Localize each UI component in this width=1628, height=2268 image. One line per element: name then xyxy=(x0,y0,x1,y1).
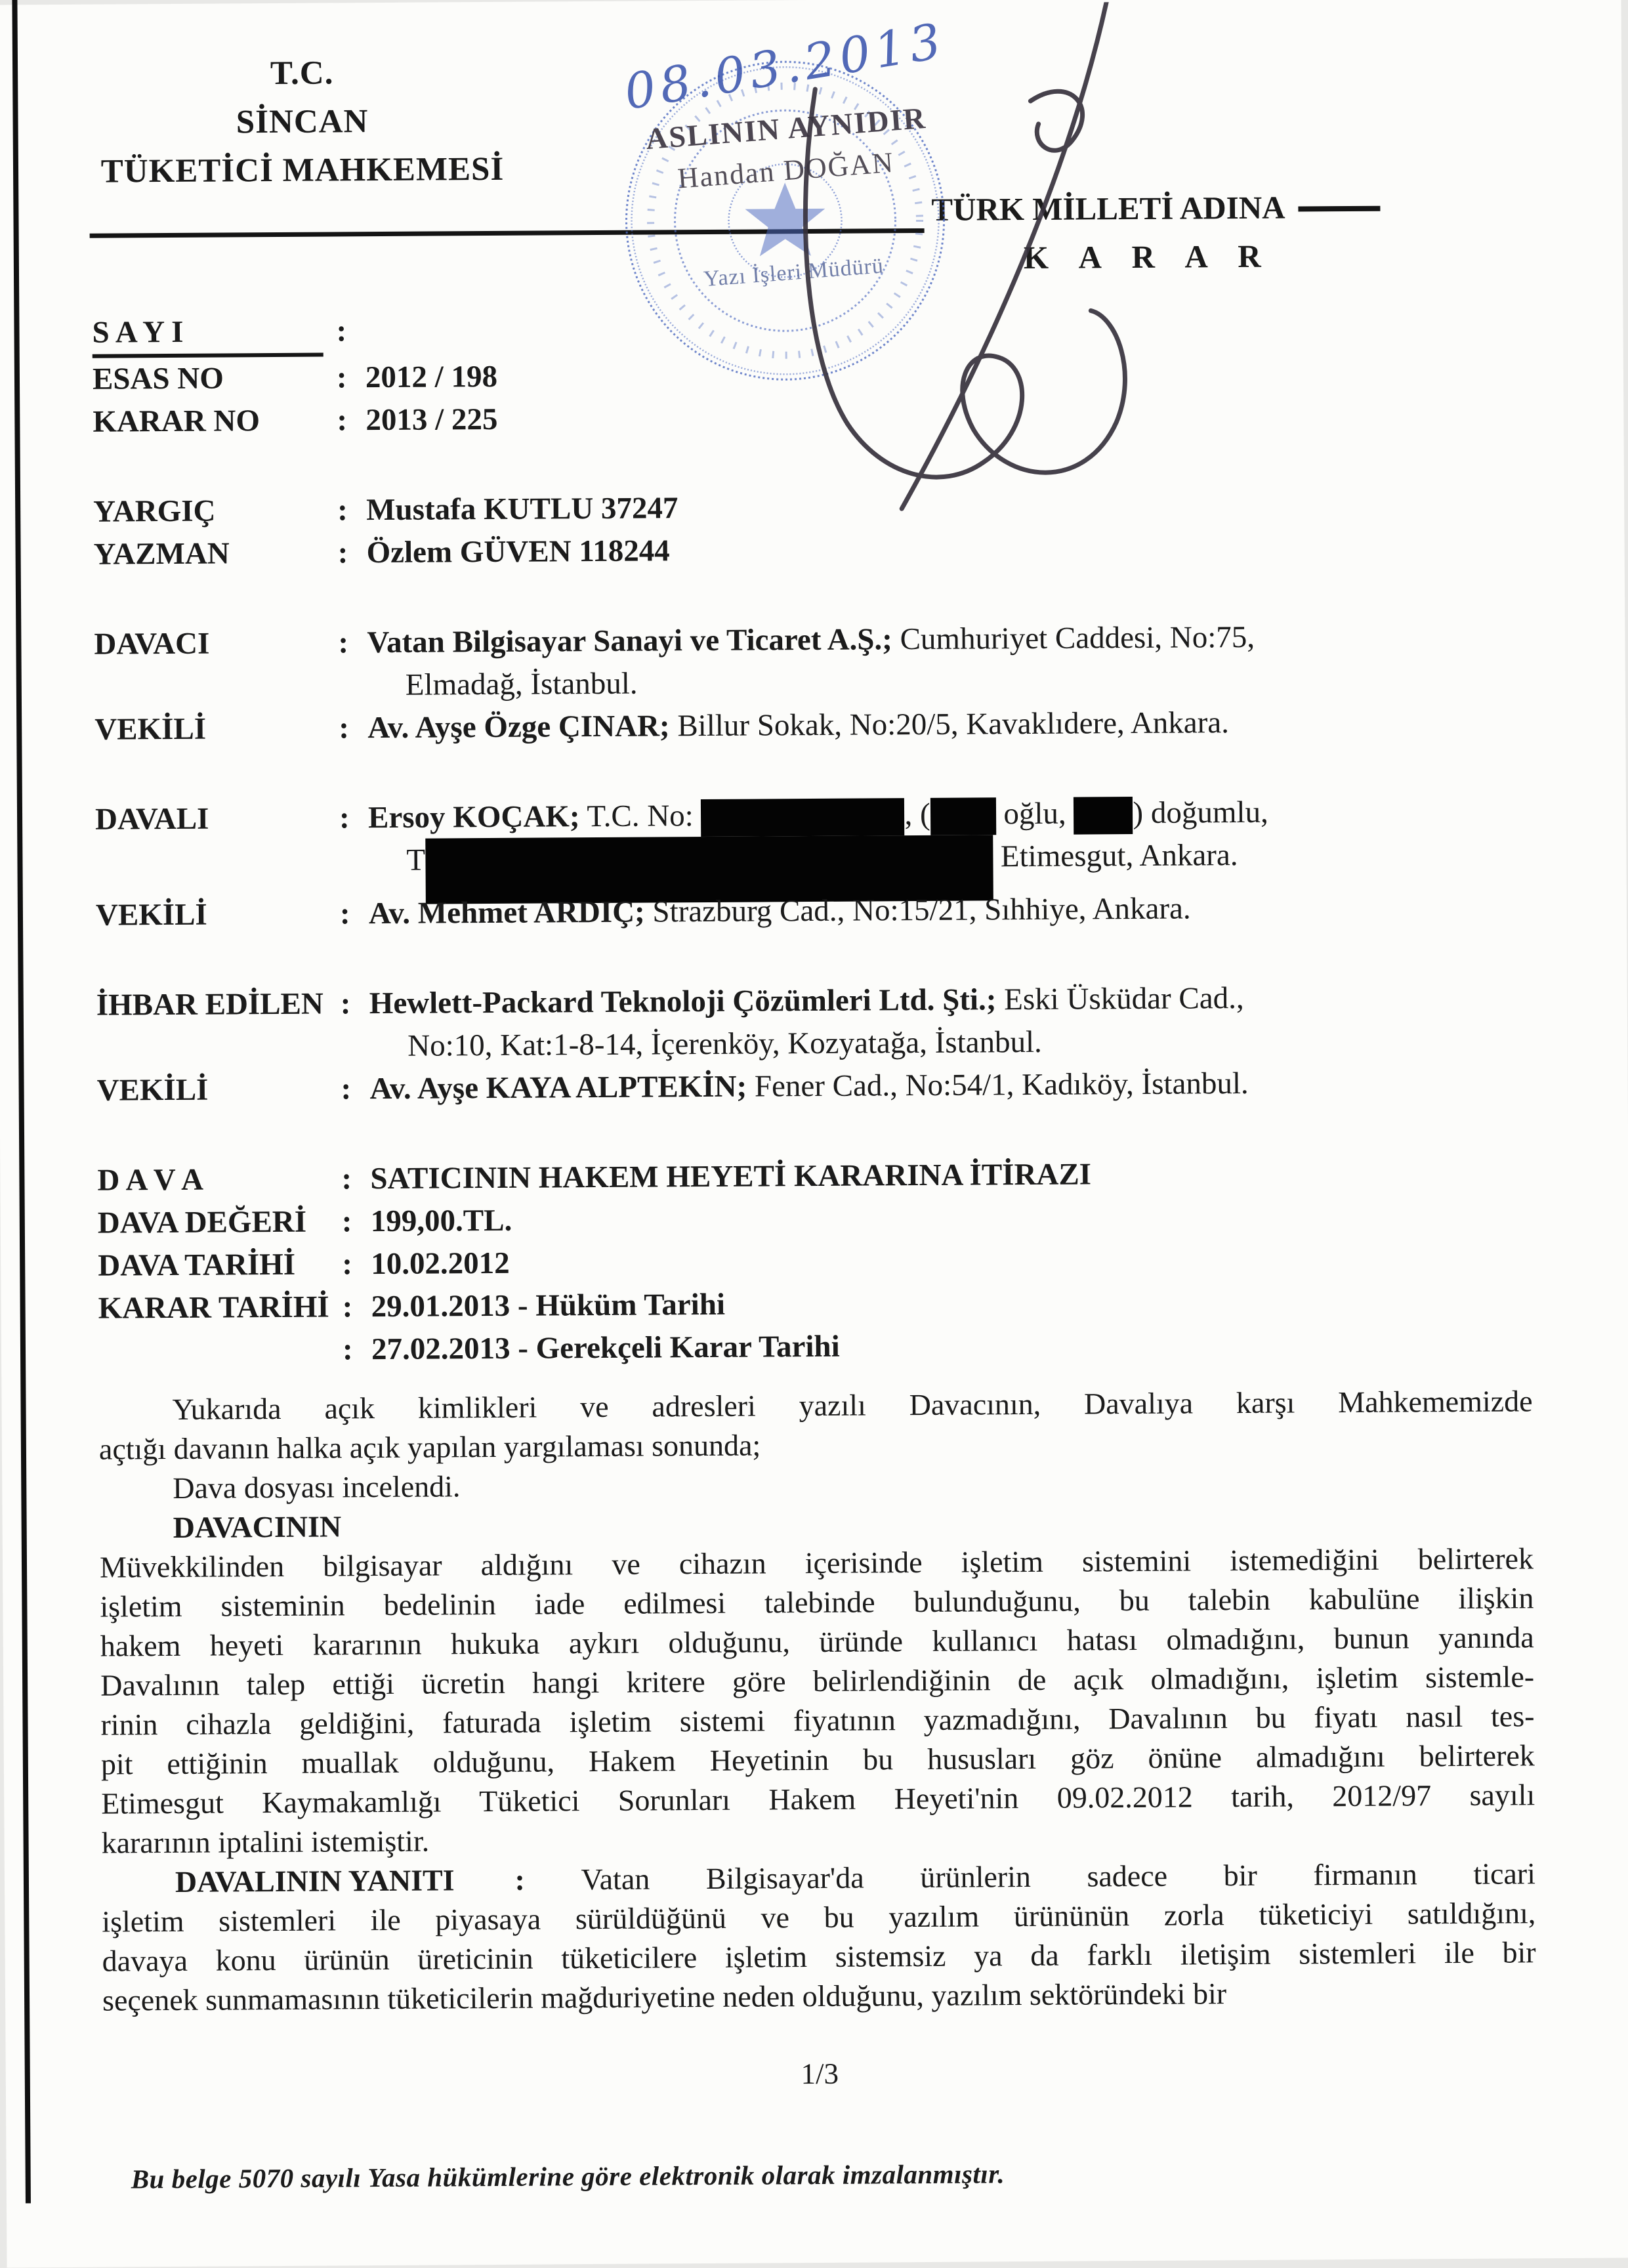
field-colon: : xyxy=(339,797,368,839)
text-segment: T xyxy=(406,843,425,877)
value-line: 27.02.2013 - Gerekçeli Karar Tarihi xyxy=(371,1321,1531,1371)
field-row: YAZMAN:Özlem GÜVEN 118244 xyxy=(93,524,1526,576)
text-segment: Ersoy KOÇAK; xyxy=(368,799,580,835)
seal-star-icon xyxy=(745,182,825,257)
stamp-text-line3: Yazı İşleri Müdürü xyxy=(703,253,885,291)
value-line xyxy=(365,303,1524,352)
text-segment: Av. Ayşe KAYA ALPTEKİN; xyxy=(369,1070,747,1106)
field-value: Av. Mehmet ARDIÇ; Strazburg Cad., No:15/… xyxy=(369,885,1528,935)
field-value: 199,00.TL. xyxy=(371,1193,1530,1243)
value-line: Mustafa KUTLU 37247 xyxy=(366,482,1526,532)
field-row: DAVALI:Ersoy KOÇAK; T.C. No: , ( oğlu, )… xyxy=(95,789,1528,894)
text-segment: , ( xyxy=(904,797,930,831)
value-line: Özlem GÜVEN 118244 xyxy=(366,524,1526,574)
field-label: YAZMAN xyxy=(93,532,337,576)
field-value: Mustafa KUTLU 37247 xyxy=(366,482,1526,532)
header-line-city: SİNCAN xyxy=(72,96,532,148)
field-label: VEKİLİ xyxy=(96,1068,341,1112)
text-segment: pit ettiğinin muallak olduğunu, Hakem He… xyxy=(101,1738,1535,1780)
field-value: Ersoy KOÇAK; T.C. No: , ( oğlu, ) doğuml… xyxy=(368,789,1528,892)
field-label: KARAR TARİHİ xyxy=(98,1286,342,1330)
field-colon: : xyxy=(342,1286,371,1328)
field-value: Av. Ayşe Özge ÇINAR; Billur Sokak, No:20… xyxy=(367,700,1527,749)
field-label: D A V A xyxy=(97,1158,341,1202)
value-line: T Etimesgut, Ankara. xyxy=(406,832,1528,892)
footer-esign-note: Bu belge 5070 sayılı Yasa hükümlerine gö… xyxy=(131,2158,1005,2194)
text-segment: No:10, Kat:1-8-14, İçerenköy, Kozyatağa,… xyxy=(407,1025,1042,1063)
value-line: Elmadağ, İstanbul. xyxy=(406,657,1527,706)
field-label: DAVALI xyxy=(95,797,339,841)
text-segment: kararının iptalini istemiştir. xyxy=(101,1824,429,1860)
field-label: KARAR NO xyxy=(93,399,337,443)
section-davali: DAVALI:Ersoy KOÇAK; T.C. No: , ( oğlu, )… xyxy=(95,789,1528,936)
value-line: 10.02.2012 xyxy=(371,1236,1530,1286)
field-value: Av. Ayşe KAYA ALPTEKİN; Fener Cad., No:5… xyxy=(369,1060,1529,1110)
decision-body-text: Yukarıda açık kimlikleri ve adresleri ya… xyxy=(98,1381,1536,2020)
text-segment: Müvekkilinden bilgisayar aldığını ve cih… xyxy=(100,1542,1534,1584)
underlined-label: S A Y I xyxy=(92,310,323,358)
field-label: YARGIÇ xyxy=(93,489,337,533)
section-davaci: DAVACI:Vatan Bilgisayar Sanayi ve Ticare… xyxy=(94,614,1527,751)
body-line: seçenek sunmamasının tüketicilerin mağdu… xyxy=(102,1972,1536,2020)
redaction-box xyxy=(930,797,996,835)
field-row: VEKİLİ:Av. Ayşe KAYA ALPTEKİN; Fener Cad… xyxy=(96,1060,1529,1112)
section-sayi: S A Y I: ESAS NO:2012 / 198KARAR NO:2013… xyxy=(92,303,1525,443)
field-value: 27.02.2013 - Gerekçeli Karar Tarihi xyxy=(371,1321,1531,1371)
field-colon: : xyxy=(342,1243,371,1286)
field-colon: : xyxy=(341,982,369,1025)
section-ihbar: İHBAR EDİLEN:Hewlett-Packard Teknoloji Ç… xyxy=(96,975,1530,1112)
text-segment: seçenek sunmamasının tüketicilerin mağdu… xyxy=(102,1977,1226,2017)
text-segment: ) doğumlu, xyxy=(1133,795,1268,830)
banner-underline-dash xyxy=(1299,206,1381,212)
field-label: S A Y I xyxy=(92,310,336,358)
field-colon: : xyxy=(336,310,365,352)
text-segment: 2012 / 198 xyxy=(365,360,497,394)
value-line: 2013 / 225 xyxy=(365,392,1525,442)
value-line: Hewlett-Packard Teknoloji Çözümleri Ltd.… xyxy=(369,975,1529,1025)
section-heading: DAVALININ YANITI xyxy=(175,1860,459,1902)
text-segment: açtığı davanın halka açık yapılan yargıl… xyxy=(99,1429,761,1466)
text-segment: davaya konu ürünün üreticinin tüketicile… xyxy=(102,1935,1536,1977)
field-row: VEKİLİ:Av. Mehmet ARDIÇ; Strazburg Cad.,… xyxy=(96,885,1528,936)
value-line: 2012 / 198 xyxy=(365,349,1525,399)
section-heading: DAVACININ İSTEMİ xyxy=(173,1506,457,1547)
field-row: VEKİLİ:Av. Ayşe Özge ÇINAR; Billur Sokak… xyxy=(94,700,1527,751)
field-colon: : xyxy=(337,532,366,574)
value-line: Ersoy KOÇAK; T.C. No: , ( oğlu, ) doğuml… xyxy=(368,789,1528,839)
value-line: No:10, Kat:1-8-14, İçerenköy, Kozyatağa,… xyxy=(407,1018,1529,1067)
field-value: SATICININ HAKEM HEYETİ KARARINA İTİRAZI xyxy=(370,1150,1530,1200)
value-line: Av. Ayşe KAYA ALPTEKİN; Fener Cad., No:5… xyxy=(369,1060,1529,1110)
value-line: Av. Ayşe Özge ÇINAR; Billur Sokak, No:20… xyxy=(367,700,1527,749)
scan-artifact-line xyxy=(12,0,31,2203)
text-segment: Billur Sokak, No:20/5, Kavaklıdere, Anka… xyxy=(669,705,1229,743)
text-segment: 29.01.2013 - Hüküm Tarihi xyxy=(371,1288,725,1324)
text-segment: 10.02.2012 xyxy=(371,1246,510,1281)
text-segment: oğlu, xyxy=(996,797,1074,831)
header-line-tc: T.C. xyxy=(72,48,532,99)
text-segment: Özlem GÜVEN 118244 xyxy=(366,534,669,570)
field-colon: : xyxy=(337,489,366,532)
field-label: ESAS NO xyxy=(93,356,337,400)
text-segment: rinin cihazla geldiğini, faturada işleti… xyxy=(100,1699,1534,1741)
field-colon: : xyxy=(341,1158,370,1200)
text-segment: Cumhuriyet Caddesi, No:75, xyxy=(892,620,1255,656)
field-colon: : xyxy=(341,1068,369,1110)
field-label: DAVA DEĞERİ xyxy=(98,1200,342,1244)
field-label: DAVA TARİHİ xyxy=(98,1243,342,1287)
text-segment: Av. Mehmet ARDIÇ; xyxy=(369,895,645,931)
text-segment: Mustafa KUTLU 37247 xyxy=(366,491,678,527)
text-segment: T.C. No: xyxy=(579,799,701,833)
text-segment: 27.02.2013 - Gerekçeli Karar Tarihi xyxy=(371,1330,840,1366)
text-segment: Strazburg Cad., No:15/21, Sıhhiye, Ankar… xyxy=(645,891,1191,929)
field-colon: : xyxy=(340,892,369,935)
text-segment: işletim sistemleri ile piyasaya sürüldüğ… xyxy=(102,1896,1535,1938)
document-page: T.C. SİNCAN TÜKETİCİ MAHKEMESİ TÜRK MİLL… xyxy=(0,0,1628,2263)
redaction-box xyxy=(1074,797,1133,835)
text-segment: Av. Ayşe Özge ÇINAR; xyxy=(367,709,670,745)
text-segment: Yukarıda açık kimlikleri ve adresleri ya… xyxy=(172,1384,1532,1426)
field-value: 2012 / 198 xyxy=(365,349,1525,399)
field-row: S A Y I: xyxy=(92,303,1524,358)
field-label: DAVACI xyxy=(94,621,338,665)
value-line: Av. Mehmet ARDIÇ; Strazburg Cad., No:15/… xyxy=(369,885,1528,935)
field-label: İHBAR EDİLEN xyxy=(96,982,341,1026)
field-label: VEKİLİ xyxy=(94,707,339,751)
text-segment: Dava dosyası incelendi. xyxy=(173,1469,460,1505)
text-segment: Vatan Bilgisayar'da ürünlerin sadece bir… xyxy=(581,1857,1535,1896)
value-line: 199,00.TL. xyxy=(371,1193,1530,1243)
text-segment: Eski Üsküdar Cad., xyxy=(996,981,1244,1017)
field-value: 2013 / 225 xyxy=(365,392,1525,442)
field-label: VEKİLİ xyxy=(96,892,340,936)
text-segment: Fener Cad., No:54/1, Kadıköy, İstanbul. xyxy=(747,1066,1249,1104)
field-value: 29.01.2013 - Hüküm Tarihi xyxy=(371,1278,1530,1328)
value-line: Vatan Bilgisayar Sanayi ve Ticaret A.Ş.;… xyxy=(367,614,1526,664)
court-header: T.C. SİNCAN TÜKETİCİ MAHKEMESİ xyxy=(72,48,532,196)
field-colon: : xyxy=(342,1200,371,1243)
text-segment: Etimesgut Kaymakamlığı Tüketici Sorunlar… xyxy=(101,1778,1535,1820)
text-segment: 2013 / 225 xyxy=(365,402,497,437)
field-row: :27.02.2013 - Gerekçeli Karar Tarihi xyxy=(98,1321,1531,1372)
text-segment: 199,00.TL. xyxy=(371,1204,512,1238)
field-colon: : xyxy=(339,707,367,749)
field-value: Hewlett-Packard Teknoloji Çözümleri Ltd.… xyxy=(369,975,1530,1068)
section-dava: D A V A:SATICININ HAKEM HEYETİ KARARINA … xyxy=(97,1150,1531,1372)
field-value: 10.02.2012 xyxy=(371,1236,1530,1286)
field-value: Özlem GÜVEN 118244 xyxy=(366,524,1526,574)
field-row: KARAR NO:2013 / 225 xyxy=(93,392,1525,443)
value-line: SATICININ HAKEM HEYETİ KARARINA İTİRAZI xyxy=(370,1150,1530,1200)
text-segment: SATICININ HAKEM HEYETİ KARARINA İTİRAZI xyxy=(370,1157,1091,1196)
field-colon: : xyxy=(337,399,365,442)
field-colon: : xyxy=(343,1328,371,1371)
text-segment: işletim sisteminin bedelinin iade edilme… xyxy=(100,1581,1534,1623)
stamp-text-block: ASLININ AYNIDIR Handan DOĞAN Yazı İşleri… xyxy=(644,101,938,295)
text-segment: Vatan Bilgisayar Sanayi ve Ticaret A.Ş.; xyxy=(367,622,892,660)
field-value: Vatan Bilgisayar Sanayi ve Ticaret A.Ş.;… xyxy=(367,614,1527,707)
header-line-court: TÜKETİCİ MAHKEMESİ xyxy=(73,145,532,196)
field-row: İHBAR EDİLEN:Hewlett-Packard Teknoloji Ç… xyxy=(96,975,1530,1069)
value-line: 29.01.2013 - Hüküm Tarihi xyxy=(371,1278,1530,1328)
text-segment: Etimesgut, Ankara. xyxy=(993,838,1238,873)
text-segment: hakem heyeti kararının hukuka aykırı old… xyxy=(100,1620,1534,1662)
text-segment: Elmadağ, İstanbul. xyxy=(406,667,638,702)
field-colon: : xyxy=(338,621,367,664)
case-fields: S A Y I: ESAS NO:2012 / 198KARAR NO:2013… xyxy=(92,303,1531,1372)
text-segment: : xyxy=(459,1862,581,1897)
redaction-box xyxy=(701,798,904,837)
text-segment: Hewlett-Packard Teknoloji Çözümleri Ltd.… xyxy=(369,982,997,1020)
field-value xyxy=(365,303,1524,352)
field-colon: : xyxy=(337,356,365,399)
section-court: YARGIÇ:Mustafa KUTLU 37247YAZMAN:Özlem G… xyxy=(93,482,1526,576)
page-number: 1/3 xyxy=(6,2051,1628,2095)
text-segment: Davalının talep ettiği ücretin hangi kri… xyxy=(100,1660,1534,1702)
field-row: DAVACI:Vatan Bilgisayar Sanayi ve Ticare… xyxy=(94,614,1527,708)
